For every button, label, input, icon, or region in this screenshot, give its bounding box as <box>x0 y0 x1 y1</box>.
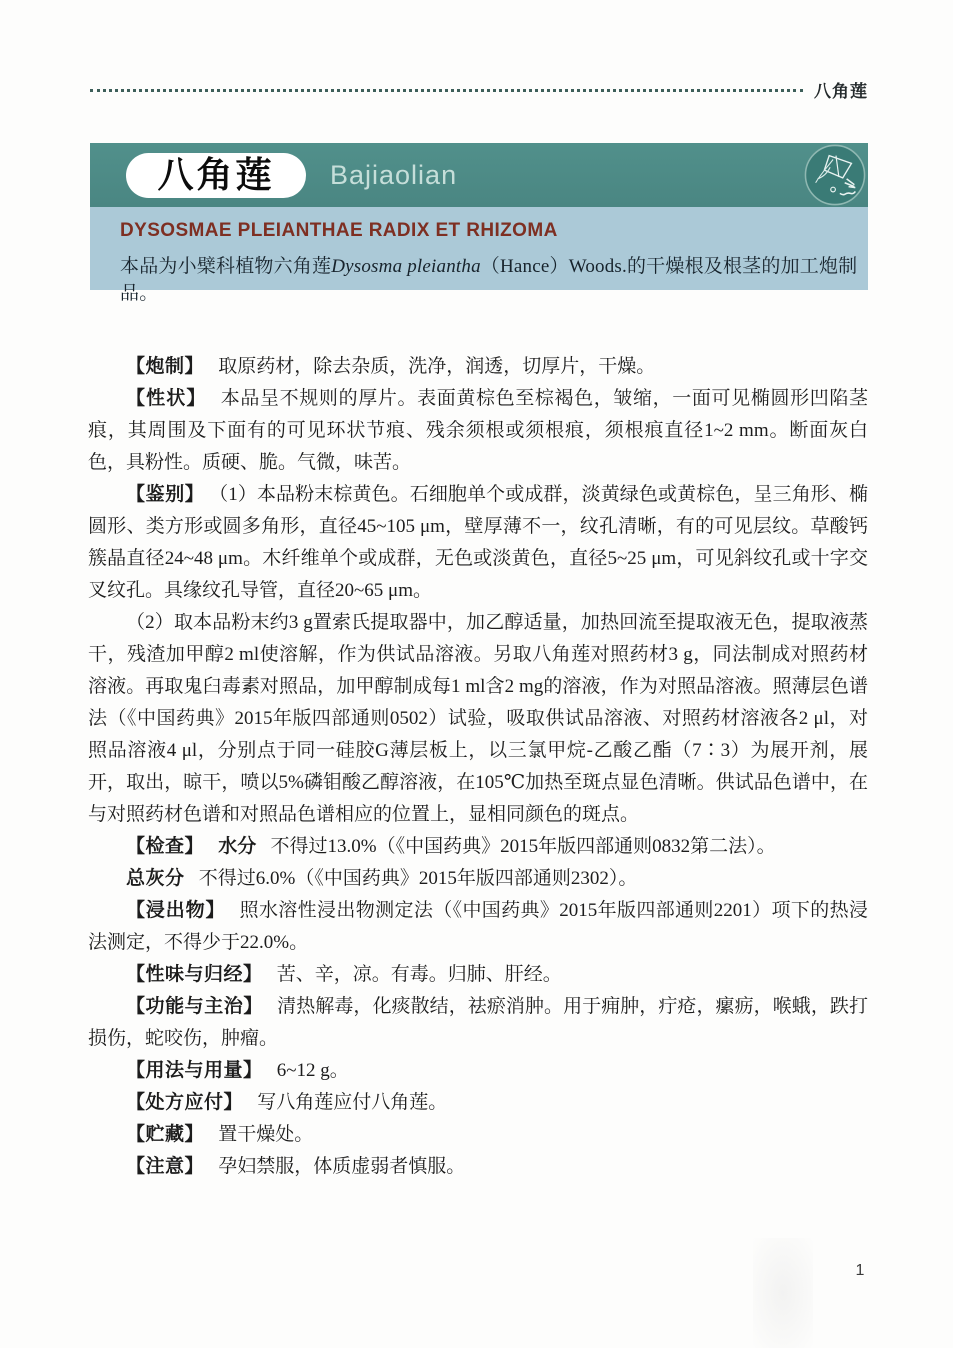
monograph-paragraph: （2）取本品粉末约3 g置索氏提取器中，加乙醇适量，加热回流至提取液无色，提取液… <box>88 607 868 831</box>
monograph-paragraph: 【鉴别】（1）本品粉末棕黄色。石细胞单个或成群，淡黄绿色或黄棕色，呈三角形、椭圆… <box>88 479 868 607</box>
section-text: 苦、辛，凉。有毒。归肺、肝经。 <box>277 964 562 985</box>
monograph-paragraph: 【功能与主治】清热解毒，化痰散结，祛瘀消肿。用于痈肿，疔疮，瘰疬，喉蛾，跌打损伤… <box>88 991 868 1055</box>
section-label: 【浸出物】 <box>126 900 225 921</box>
monograph-paragraph: 【注意】孕妇禁服，体质虚弱者慎服。 <box>88 1151 868 1183</box>
source-description-prefix: 本品为小檗科植物六角莲 <box>120 256 331 277</box>
latin-name: DYSOSMAE PLEIANTHAE RADIX ET RHIZOMA <box>120 220 868 242</box>
herb-emblem-icon <box>804 144 866 206</box>
monograph-paragraph: 【性状】本品呈不规则的厚片。表面黄棕色至棕褐色，皱缩，一面可见椭圆形凹陷茎痕，其… <box>88 383 868 479</box>
monograph-paragraph: 总灰分不得过6.0%（《中国药典》2015年版四部通则2302）。 <box>88 863 868 895</box>
section-text: 孕妇禁服，体质虚弱者慎服。 <box>218 1156 465 1177</box>
monograph-paragraph: 【性味与归经】苦、辛，凉。有毒。归肺、肝经。 <box>88 959 868 991</box>
monograph-page: 八角莲 八角莲 Bajiaolian DYSOSMAE PLEIANTHAE R… <box>0 0 953 1348</box>
monograph-paragraph: 【检查】水分不得过13.0%（《中国药典》2015年版四部通则0832第二法）。 <box>88 831 868 863</box>
section-label: 【性状】 <box>126 388 207 409</box>
monograph-paragraph: 【处方应付】写八角莲应付八角莲。 <box>88 1087 868 1119</box>
section-label: 【注意】 <box>126 1156 204 1177</box>
dotted-rule <box>90 89 803 92</box>
monograph-paragraph: 【浸出物】照水溶性浸出物测定法（《中国药典》2015年版四部通则2201）项下的… <box>88 895 868 959</box>
header-rule: 八角莲 <box>90 78 868 100</box>
section-label: 【功能与主治】 <box>126 996 263 1017</box>
section-text: 置干燥处。 <box>218 1124 313 1145</box>
section-label: 【贮藏】 <box>126 1124 204 1145</box>
source-latin-binomial: Dysosma pleiantha <box>331 256 481 277</box>
section-text: 不得过13.0%（《中国药典》2015年版四部通则0832第二法）。 <box>271 836 776 857</box>
section-text: 6~12 g。 <box>277 1060 349 1081</box>
corner-label: 八角莲 <box>814 77 868 102</box>
section-sublabel: 水分 <box>218 836 256 857</box>
monograph-paragraph: 【用法与用量】6~12 g。 <box>88 1055 868 1087</box>
section-text: （1）本品粉末棕黄色。石细胞单个或成群，淡黄绿色或黄棕色，呈三角形、椭圆形、类方… <box>88 484 868 601</box>
section-text: 取原药材，除去杂质，洗净，润透，切厚片，干燥。 <box>218 356 655 377</box>
drug-title-pinyin: Bajiaolian <box>330 160 457 191</box>
title-pill: 八角莲 <box>126 153 306 198</box>
page-number: 1 <box>845 1262 875 1280</box>
source-description: 本品为小檗科植物六角莲Dysosma pleiantha（Hance）Woods… <box>120 251 868 305</box>
section-text: 不得过6.0%（《中国药典》2015年版四部通则2302）。 <box>199 868 638 889</box>
section-label: 【检查】 <box>126 836 204 857</box>
banner-light-band: DYSOSMAE PLEIANTHAE RADIX ET RHIZOMA 本品为… <box>90 207 868 290</box>
section-label: 【性味与归经】 <box>126 964 263 985</box>
section-label: 【用法与用量】 <box>126 1060 263 1081</box>
monograph-paragraph: 【贮藏】置干燥处。 <box>88 1119 868 1151</box>
banner-dark-band: 八角莲 Bajiaolian <box>90 143 868 207</box>
section-label: 【炮制】 <box>126 356 204 377</box>
section-label: 总灰分 <box>126 868 185 889</box>
scan-artifact <box>753 1238 813 1348</box>
monograph-paragraph: 【炮制】取原药材，除去杂质，洗净，润透，切厚片，干燥。 <box>88 351 868 383</box>
section-text: （2）取本品粉末约3 g置索氏提取器中，加乙醇适量，加热回流至提取液无色，提取液… <box>88 612 868 825</box>
monograph-body: 【炮制】取原药材，除去杂质，洗净，润透，切厚片，干燥。【性状】本品呈不规则的厚片… <box>88 351 868 1183</box>
title-banner: 八角莲 Bajiaolian DYSOSMAE PLEIANTHAE RADIX… <box>90 143 868 290</box>
section-label: 【鉴别】 <box>126 484 204 505</box>
section-text: 写八角莲应付八角莲。 <box>257 1092 447 1113</box>
section-label: 【处方应付】 <box>126 1092 243 1113</box>
drug-title-cn: 八角莲 <box>157 157 274 195</box>
